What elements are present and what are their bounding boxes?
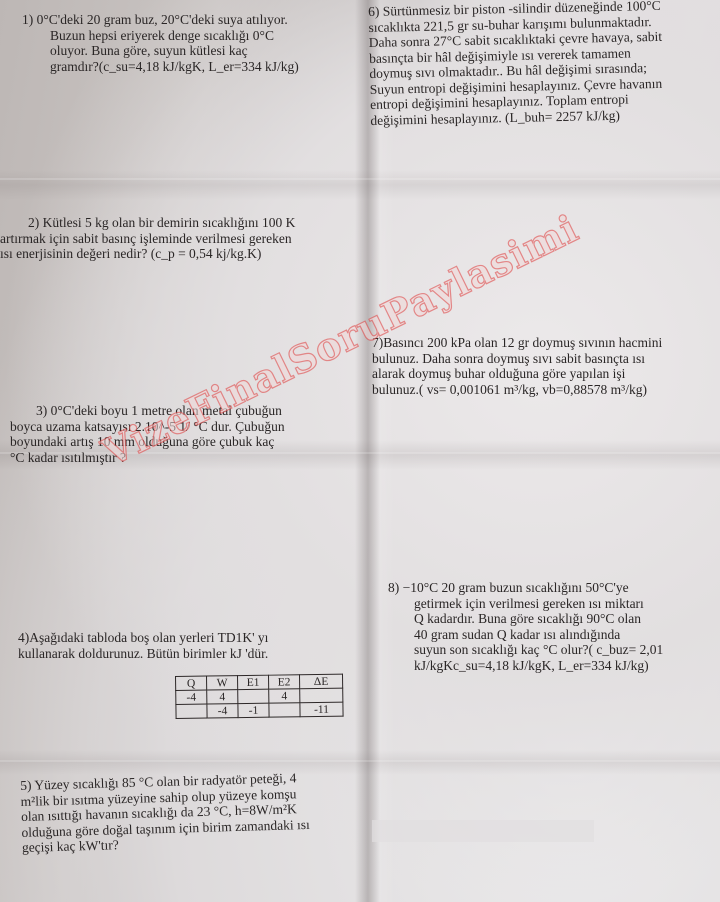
question-1-line: oluyor. Buna göre, suyun kütlesi kaç	[22, 43, 332, 59]
question-8: 8) −10°C 20 gram buzun sıcaklığını 50°C'…	[388, 580, 708, 673]
table-header-cell: Q	[176, 676, 207, 690]
question-2-line: ısı enerjisinin değeri nedir? (c_p = 0,5…	[0, 246, 322, 262]
question-1: 1) 0°C'deki 20 gram buz, 20°C'deki suya …	[22, 12, 332, 74]
table-cell: -1	[238, 703, 269, 717]
question-5: 5) Yüzey sıcaklığı 85 °C olan bir radyat…	[20, 770, 322, 856]
table-header-cell: E1	[238, 675, 269, 689]
question-8-line: suyun son sıcaklığı kaç °C olur?( c_buz=…	[388, 642, 708, 658]
table-cell: 4	[269, 689, 300, 703]
question-4: 4)Aşağıdaki tabloda boş olan yerleri TD1…	[18, 630, 338, 661]
question-4-line: kullanarak doldurunuz. Bütün birimler kJ…	[18, 646, 338, 662]
question-8-line: 40 gram sudan Q kadar ısı alındığında	[388, 627, 708, 643]
question-2-line: 2) Kütlesi 5 kg olan bir demirin sıcaklı…	[0, 215, 322, 231]
question-7-line: alarak doymuş buhar olduğuna göre yapıla…	[372, 366, 708, 382]
question-7: 7)Basıncı 200 kPa olan 12 gr doymuş sıvı…	[372, 335, 708, 397]
question-8-line: Q kadardır. Buna göre sıcaklığı 90°C ola…	[388, 611, 708, 627]
question-1-line: gramdır?(c_su=4,18 kJ/kgK, L_er=334 kJ/k…	[22, 59, 332, 75]
question-2: 2) Kütlesi 5 kg olan bir demirin sıcaklı…	[0, 215, 322, 262]
question-1-line: Buzun hepsi eriyerek denge sıcaklığı 0°C	[22, 28, 332, 44]
question-6: 6) Sürtünmesiz bir piston -silindir düze…	[368, 0, 707, 128]
table-cell	[269, 703, 300, 717]
table-cell: 4	[207, 690, 238, 704]
question-1-line: 1) 0°C'deki 20 gram buz, 20°C'deki suya …	[22, 12, 332, 28]
question-8-line: 8) −10°C 20 gram buzun sıcaklığını 50°C'…	[388, 580, 708, 596]
table-header-cell: W	[207, 676, 238, 690]
table-header-cell: E2	[268, 675, 299, 689]
table-cell: -4	[207, 704, 238, 718]
table-row: -4-1-11	[176, 702, 343, 718]
table-cell: -11	[300, 702, 343, 717]
question-8-line: getirmek için verilmesi gereken ısı mikt…	[388, 596, 708, 612]
question-7-line: bulunuz.( vs= 0,001061 m³/kg, vb=0,88578…	[372, 382, 708, 398]
question-4-line: 4)Aşağıdaki tabloda boş olan yerleri TD1…	[18, 630, 338, 646]
table-cell	[300, 688, 343, 703]
table-cell: -4	[176, 690, 207, 704]
table-header-cell: ΔE	[299, 674, 342, 689]
paper-patch	[372, 820, 594, 842]
table-cell	[176, 704, 207, 718]
question-7-line: bulunuz. Daha sonra doymuş sıvı sabit ba…	[372, 351, 708, 367]
question-3-line: °C kadar ısıtılmıştır ?	[10, 450, 332, 466]
question-2-line: artırmak için sabit basınç işleminde ver…	[0, 231, 322, 247]
table-cell	[238, 689, 269, 703]
question-8-line: kJ/kgKc_su=4,18 kJ/kgK, L_er=334 kJ/kg)	[388, 658, 708, 674]
question-4-table: QWE1E2ΔE -444-4-1-11	[175, 674, 344, 719]
question-7-line: 7)Basıncı 200 kPa olan 12 gr doymuş sıvı…	[372, 335, 708, 351]
